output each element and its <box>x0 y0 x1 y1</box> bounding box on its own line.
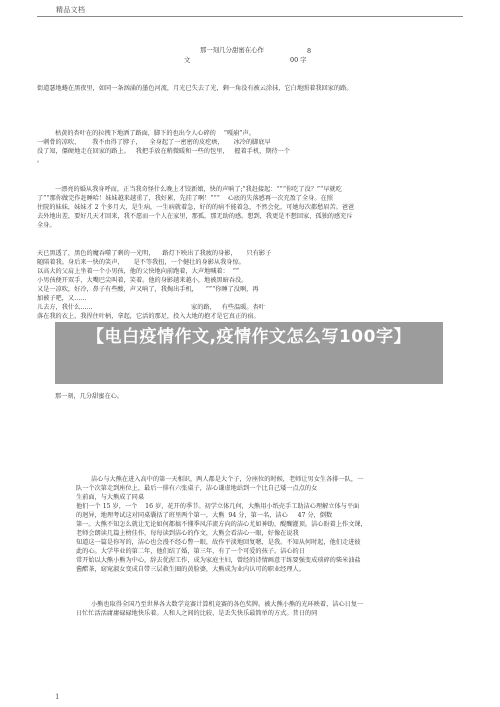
document-title-wordcount: 00 字 <box>290 55 307 64</box>
text-line: 又是一凉吹，好冷，鼻子有些酸，声又响了，我掏出手机， “”“你睡了没啊，再 <box>37 286 259 294</box>
text-line: 的迥异，地理考试这对同桌囊括了班里两个第一，大熊 94 分，第一名，洁心 47 … <box>76 512 332 520</box>
text-line: 小熊也取得全国乃至世界各大数学竞赛计算机竞赛的各色奖牌。被大熊小熊的光环映着，洁… <box>91 601 363 609</box>
text-line: 常开始以大熊小熊为中心，辞去优渥工作，成为家庭主妇，曾经的诗情画意干练要强变成琐… <box>76 557 361 565</box>
text-line: 枯黄的杏叶在的拉拽下地洒了路面，脚下的也出令人心碎的 “嘎崩”声。 <box>55 130 255 138</box>
text-line: 队一个次第走到座位上，最后一排有六张桌子，洁心谦虚地站到一个比自己矮一点点的女 <box>76 485 317 493</box>
text-line: 洁心与大熊在进入高中的第一天相识，两人都是大个子，分座位的时候，老师让男女生各排… <box>91 476 363 484</box>
overlay-title[interactable]: 【电白疫情作文,疫情作文怎么写100字】 <box>55 326 443 348</box>
document-page: 精品文档 那一刻几分甜蜜在心作 8 文 00 字 街道瑟地蜷在黑夜里，如同一条汹… <box>0 0 500 707</box>
text-line: 了”“那你做完作赶睡哈！妹妹越来越重了，我好累，先挂了啊！”“” 心底的失落感再… <box>37 195 333 203</box>
text-line: 小男孩便开双手，大嘴巴尖叫着，笑着。他的身影越来越小，地被黑暗吞没。 <box>37 277 247 285</box>
text-line: 去外地出差，要好几天才回来，我不愿而一个人在家里，那孤，那无助的感。想到，我更是… <box>37 213 353 221</box>
document-title-suffix: 文 <box>184 55 190 64</box>
text-line: 街道瑟地蜷在黑夜里，如同一条汹涌的墨色河流，月光已失去了光，剩一角没有被云涂抹，… <box>37 85 353 93</box>
text-line: 。 <box>37 157 43 165</box>
title-overlay-banner[interactable]: 【电白疫情作文,疫情作文怎么写100字】 <box>55 322 443 384</box>
text-line: 一漂亮的婚从我身呼而，正当我奇怪什么晚上才饺新娘，快的声响了;"我赶接起：“”“… <box>55 186 342 194</box>
page-header: 精品文档 <box>37 0 463 17</box>
text-line: 没了知，僵硬地走在回家的路上。 我把手放在稍微暖和一些的包里， 握着手机，期待一… <box>37 148 290 156</box>
text-line: 一刺骨的凉吹， 我不由得了脖子， 全身起了一密密的皮疙瘩， 冰冷的脚底早 <box>37 139 271 147</box>
text-line: 加被子吧，又…… <box>37 295 87 303</box>
text-line: 以高大的父肩上坐着一个小男孩，他的父快地向前跑着，大声地喊着： “” <box>37 268 239 276</box>
text-line: 儿去方，我什么…… 家的路， 有些温暖。杏叶 <box>37 304 265 312</box>
text-line: 日忙忙活活庸庸碌碌地快乐着。人和人之间的比较，是丢失快乐最简单的方式。昔日的同 <box>76 610 317 618</box>
document-title: 那一刻几分甜蜜在心作 <box>200 45 264 54</box>
text-line: 落在我的衣上，我捏住叶柄，拿起，它活的那足，投入大地的抱才是它真正的宿。 <box>37 313 260 321</box>
text-line: 天已黑透了，黑色的魔吞噬了剩的一光明， 路灯下映出了我疲的身影， 只有影子 <box>37 250 271 258</box>
document-title-number: 8 <box>307 47 311 55</box>
text-line: 生前面，与大熊成了同桌 <box>76 494 144 502</box>
page-number: 1 <box>55 693 59 701</box>
text-line: 随陪着我。身后来一快的笑声， 是不等我扭，一个健壮的身影从我身惊。 <box>37 259 245 267</box>
text-line: 知道这一篇是你写的，洁心也会漫不经心瞥一眼，故作平淡地回复嗯，是我。不知从何时起… <box>76 539 361 547</box>
text-line: 住院的妹妹，妹妹才 2 个多月大，是生病，一生病就着急，好的的病不能着急，不然会… <box>37 204 354 212</box>
text-line: 此的心。大学毕业的第二年，他们结了婚，第三年，有了一个可爱的孩子。洁心的日 <box>76 548 305 556</box>
text-line: 酱醋茶，窈窕淑女变成自带三层救生圈的黄脸婆，大熊成为业内认可的职业经理人。 <box>76 566 305 574</box>
text-line: 他们一个 15 岁，一个 16 岁，花开的季节。初学立体几何，大熊用小纸壳手工助… <box>76 503 359 511</box>
header-label: 精品文档 <box>56 5 85 15</box>
text-line: 老师会朗读几篇上榜佳作，每每读到洁心的作文，大熊会看洁心一眼，好像在说我 <box>76 530 299 538</box>
text-line: 那一刻，几分甜蜜在心。 <box>55 393 123 401</box>
text-line: 全身。 <box>37 222 56 230</box>
text-line: 第一。大熊不知怎么就让无论如何都搞不懂季风洋流方向的洁心尤如神助，醍醐灌顶。洁心… <box>76 521 367 529</box>
